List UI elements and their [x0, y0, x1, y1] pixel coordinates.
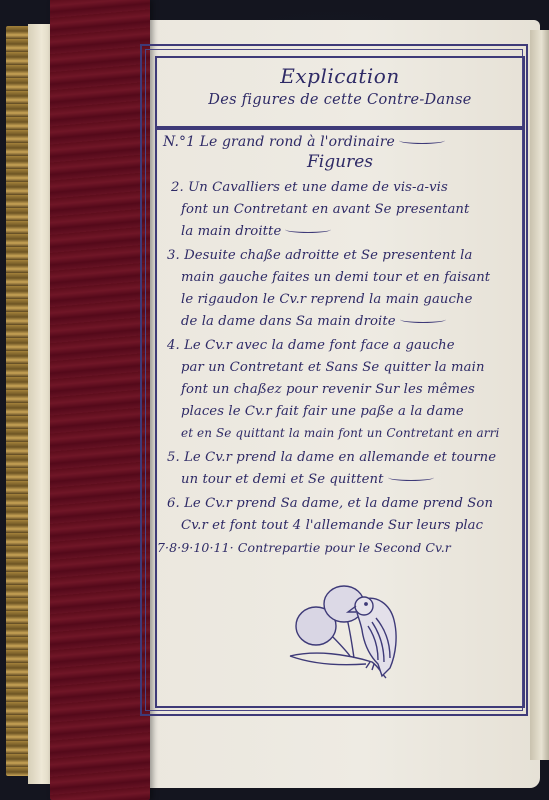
page-subtitle: Des figures de cette Contre-Danse: [157, 92, 523, 108]
figure-6-line-2: Cv.r et font tout 4 l'allemande Sur leur…: [181, 518, 483, 533]
figure-7-11-line: 7·8·9·10·11· Contrepartie pour le Second…: [157, 540, 451, 555]
red-ribbon-bookmark: [50, 0, 150, 800]
figure-4-line-1: 4. Le Cv.r avec la dame font face a gauc…: [167, 338, 455, 353]
figures-heading: Figures: [157, 152, 523, 172]
figure-2-line-2: font un Contretant en avant Se presentan…: [181, 202, 469, 217]
figure-6-line-1: 6. Le Cv.r prend Sa dame, et la dame pre…: [167, 496, 493, 511]
page-title: Explication: [157, 64, 523, 88]
figure-5-line-2: un tour et demi et Se quittent: [181, 472, 434, 487]
figure-3-line-1: 3. Desuite chaße adroitte et Se presente…: [167, 248, 472, 263]
figure-2-line-3: la main droitte: [181, 224, 331, 239]
entry-text: un tour et demi et Se quittent: [181, 472, 384, 487]
entry-text: de la dame dans Sa main droite: [181, 314, 396, 329]
figure-3-line-4: de la dame dans Sa main droite: [181, 314, 446, 329]
flourish-ornament: [399, 137, 445, 144]
flourish-ornament: [400, 316, 446, 323]
entry-text: N.°1 Le grand rond à l'ordinaire: [163, 134, 395, 150]
figure-4-line-2: par un Contretant et Sans Se quitter la …: [181, 360, 485, 375]
figure-4-line-3: font un chaßez pour revenir Sur les même…: [181, 382, 475, 397]
book-photograph: Explication Des figures de cette Contre-…: [0, 0, 549, 800]
entry-no1: N.°1 Le grand rond à l'ordinaire: [163, 134, 445, 150]
figure-4-line-5: et en Se quittant la main font un Contre…: [181, 426, 499, 440]
figure-5-line-1: 5. Le Cv.r prend la dame en allemande et…: [167, 450, 496, 465]
flourish-ornament: [388, 474, 434, 481]
figure-3-line-3: le rigaudon le Cv.r reprend la main gauc…: [181, 292, 472, 307]
title-cartouche: Explication Des figures de cette Contre-…: [155, 56, 525, 128]
figure-3-line-2: main gauche faites un demi tour et en fa…: [181, 270, 490, 285]
flourish-ornament: [285, 226, 331, 233]
right-page-stack: [530, 30, 549, 760]
entry-text: la main droitte: [181, 224, 281, 239]
bird-on-branch-vignette-icon: [286, 578, 410, 682]
figure-4-line-4: places le Cv.r fait fair une paße a la d…: [181, 404, 464, 419]
figure-2-line-1: 2. Un Cavalliers et une dame de vis-a-vi…: [171, 180, 448, 195]
